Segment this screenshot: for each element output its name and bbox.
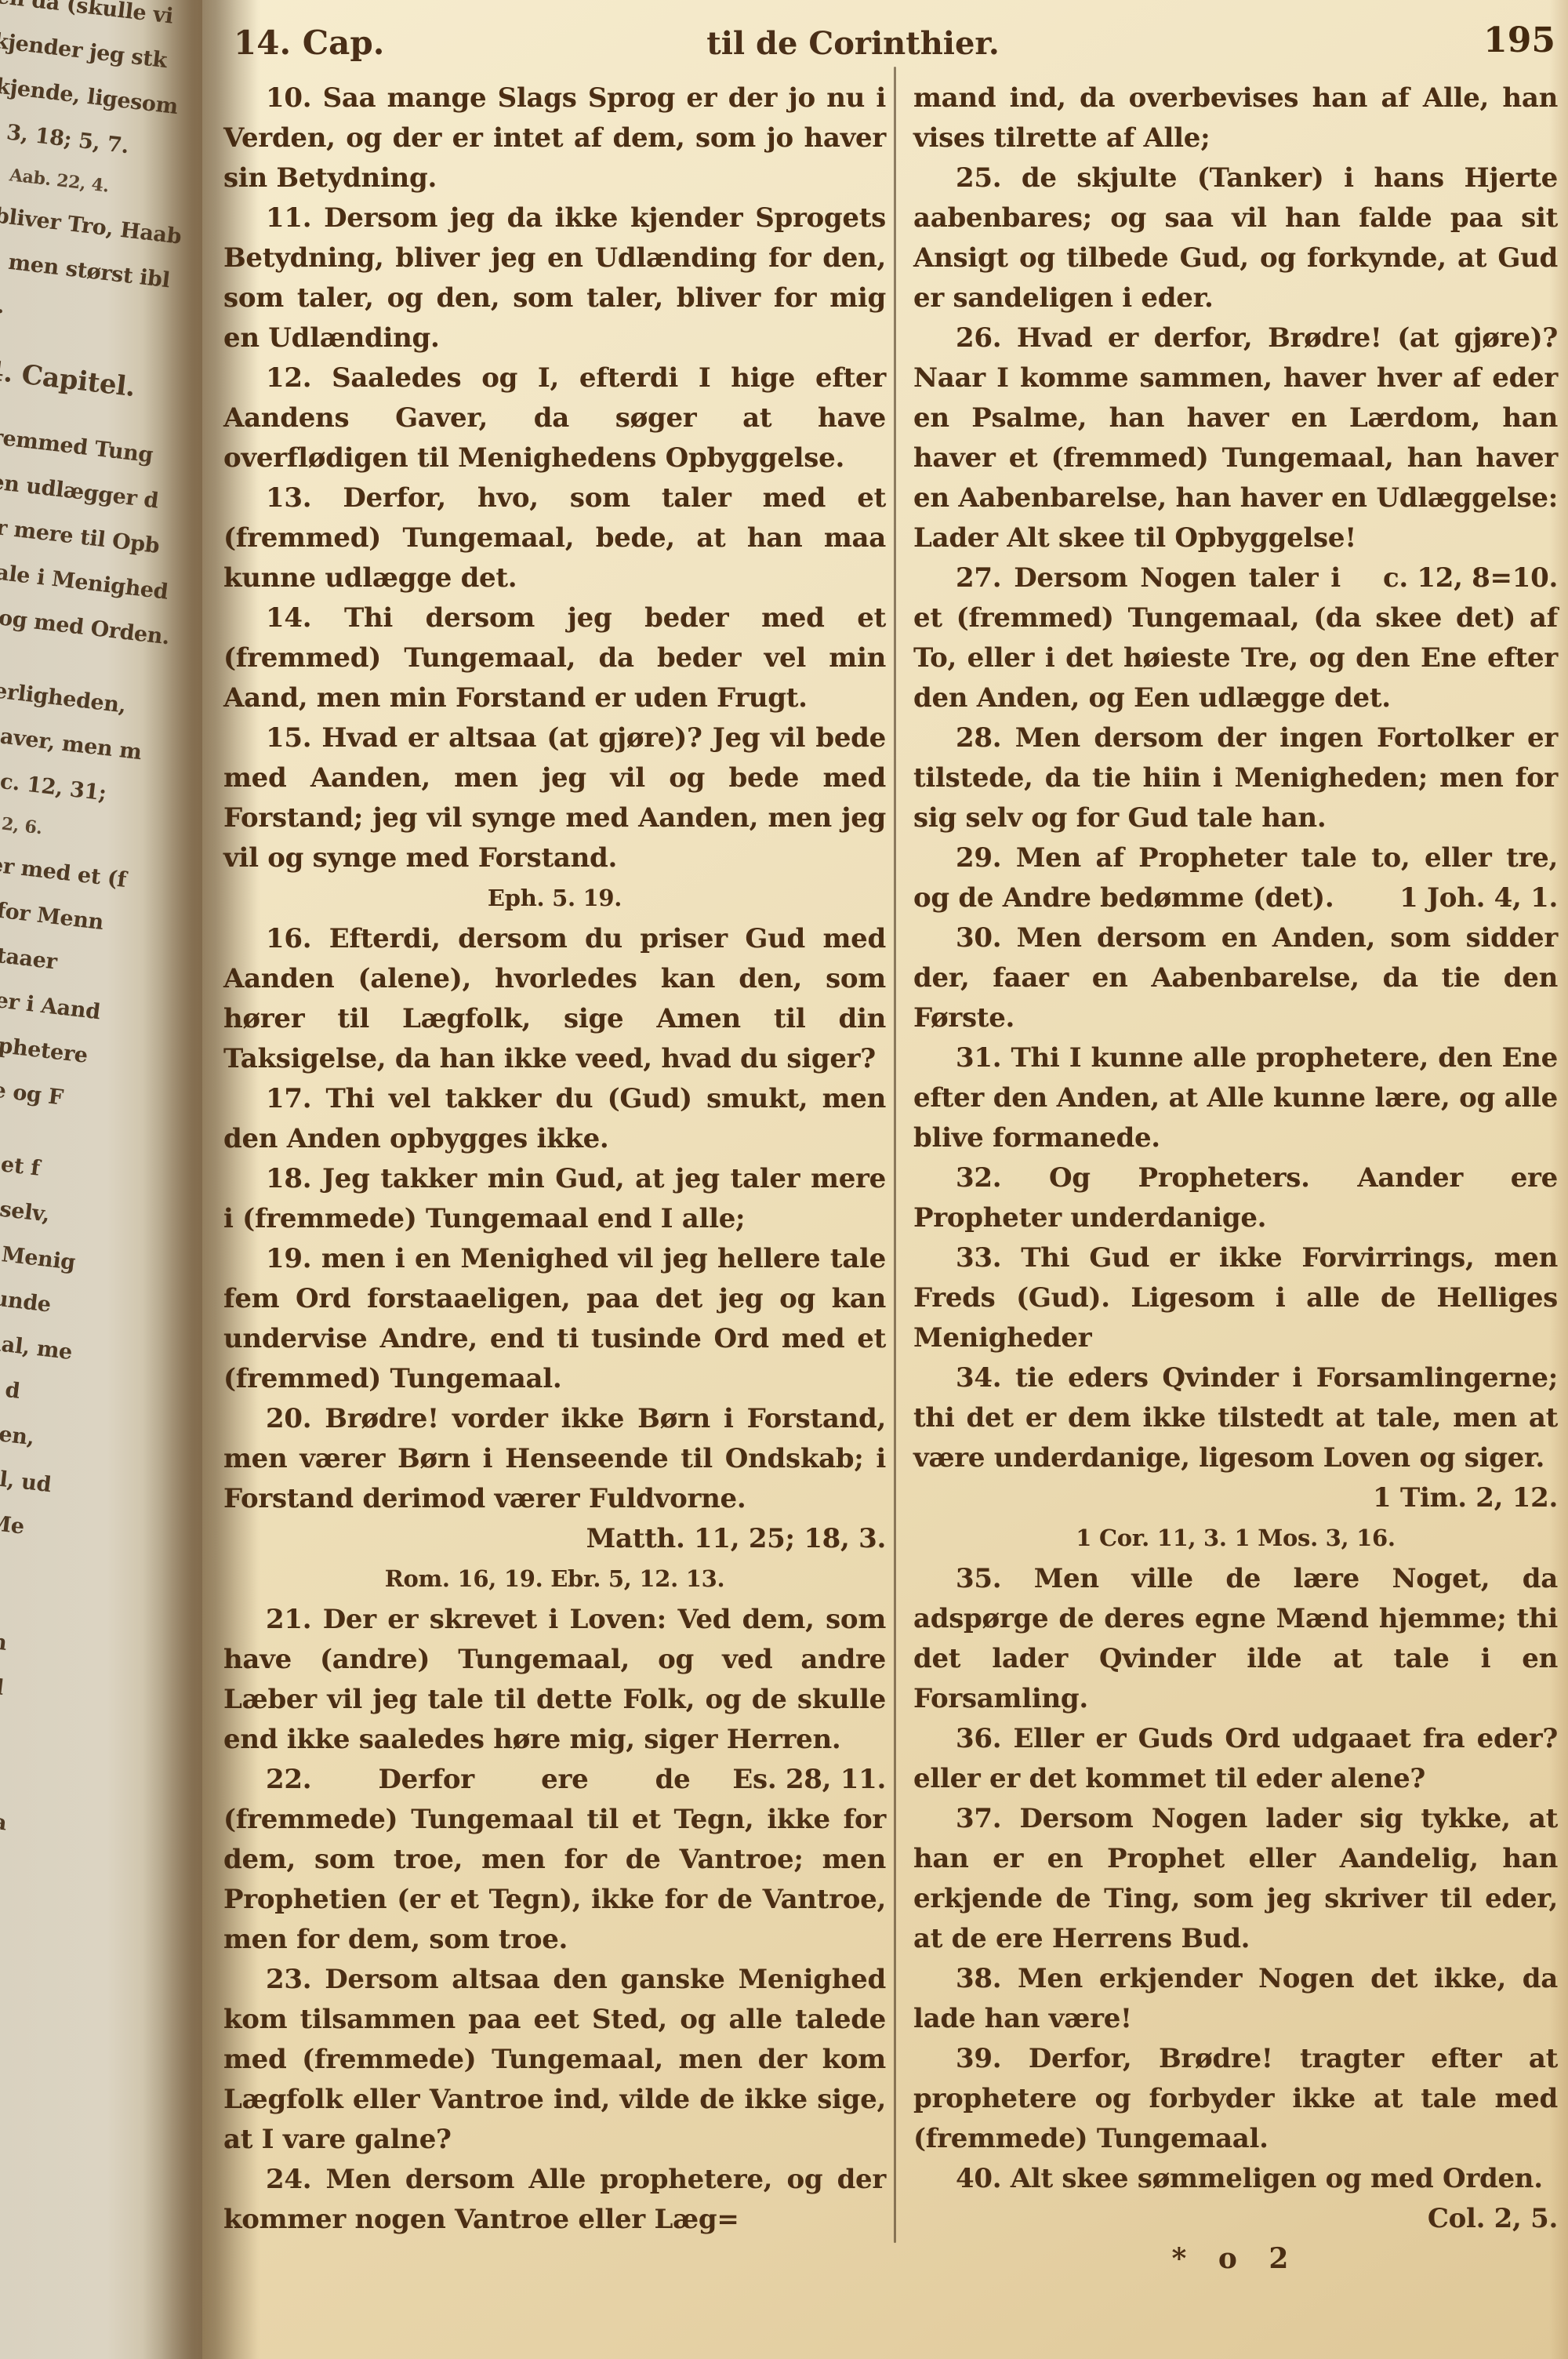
verse: 19. men i en Menighed vil jeg hellere ta… — [223, 1239, 886, 1399]
cross-reference-line: Eph. 5. 19. — [223, 878, 886, 918]
verse-number: 29. — [956, 842, 1016, 874]
verse-number: 13. — [266, 482, 343, 514]
verse: 14. Thi dersom jeg beder med et (fremmed… — [223, 598, 886, 718]
verse-number: 37. — [956, 1803, 1019, 1834]
cross-reference: Es. 28, 11. — [690, 1760, 886, 1800]
running-title: til de Corinthier. — [706, 25, 1000, 62]
verse: 16. Efterdi, dersom du priser Gud med Aa… — [223, 919, 886, 1079]
verse: 29. Men af Propheter tale to, eller tre,… — [913, 838, 1558, 918]
verse: mand ind, da overbevises han af Alle, ha… — [913, 78, 1558, 158]
verse-number: 27. — [956, 562, 1014, 594]
verse: 31. Thi I kunne alle prophetere, den Ene… — [913, 1038, 1558, 1158]
verse-number: 15. — [266, 722, 321, 754]
cross-reference: Col. 2, 5. — [1385, 2199, 1558, 2239]
signature-mark: * o 2 — [913, 2239, 1558, 2279]
book-photo: e, men da (skulle vi; nu kjender jeg stk… — [0, 0, 1568, 2359]
right-text-column: mand ind, da overbevises han af Alle, ha… — [913, 78, 1558, 2279]
verse: 24. Men dersom Alle prophetere, og der k… — [223, 2160, 886, 2240]
verse-number: 38. — [956, 1963, 1018, 1994]
verse: 20. Brødre! vorder ikke Børn i Forstand,… — [223, 1399, 886, 1519]
verse: 25. de skjulte (Tanker) i hans Hjerte aa… — [913, 158, 1558, 318]
verse: 36. Eller er Guds Ord udgaaet fra eder? … — [913, 1719, 1558, 1799]
verse-number: 11. — [266, 202, 324, 234]
verse: 34. tie eders Qvinder i Forsamlingerne; … — [913, 1358, 1558, 1478]
verse-number: 24. — [266, 2164, 326, 2195]
chapter-header: 14. Cap. — [234, 24, 384, 62]
verse-number: 35. — [956, 1563, 1034, 1594]
verse: 40. Alt skee sømmeligen og med Orden. Co… — [913, 2159, 1558, 2199]
cross-reference-line: 1 Cor. 11, 3. 1 Mos. 3, 16. — [913, 1518, 1558, 1558]
book-page: 14. Cap. til de Corinthier. 195 10. Saa … — [202, 0, 1568, 2359]
verse-number: 33. — [956, 1242, 1021, 1274]
verse-number: 18. — [266, 1163, 322, 1194]
verse: 33. Thi Gud er ikke Forvirrings, men Fre… — [913, 1238, 1558, 1358]
verse-number: 25. — [956, 162, 1022, 194]
verse: 18. Jeg takker min Gud, at jeg taler mer… — [223, 1159, 886, 1239]
verse: 12. Saaledes og I, efterdi I hige efter … — [223, 358, 886, 478]
verse: 21. Der er skrevet i Loven: Ved dem, som… — [223, 1600, 886, 1760]
verse-number: 17. — [266, 1083, 326, 1114]
verse: 28. Men dersom der ingen Fortolker er ti… — [913, 718, 1558, 838]
verse-number: 30. — [956, 922, 1017, 954]
verse-number: 26. — [956, 322, 1017, 354]
verse: 39. Derfor, Brødre! tragter efter at pro… — [913, 2039, 1558, 2159]
verse: 37. Dersom Nogen lader sig tykke, at han… — [913, 1799, 1558, 1959]
verse-number: 23. — [266, 1964, 325, 1995]
page-number: 195 — [1483, 20, 1555, 60]
verse: 15. Hvad er altsaa (at gjøre)? Jeg vil b… — [223, 718, 886, 878]
verse-number: 34. — [956, 1362, 1015, 1394]
verse: 23. Dersom altsaa den ganske Menighed ko… — [223, 1960, 886, 2160]
cross-reference: 1 Joh. 4, 1. — [1357, 878, 1558, 918]
verse: 30. Men dersom en Anden, som sidder der,… — [913, 918, 1558, 1038]
verse: 13. Derfor, hvo, som taler med et (fremm… — [223, 478, 886, 598]
verse: 10. Saa mange Slags Sprog er der jo nu i… — [223, 78, 886, 198]
verse-number: 19. — [266, 1243, 321, 1274]
verse: 32. Og Propheters. Aander ere Propheter … — [913, 1158, 1558, 1238]
verse-number: 21. — [266, 1604, 323, 1635]
verse-number: 20. — [266, 1403, 325, 1434]
facing-page-text: e, men da (skulle vi; nu kjender jeg stk… — [0, 0, 237, 2341]
cross-reference: 1 Tim. 2, 12. — [1330, 1478, 1558, 1518]
verse-number: 14. — [266, 602, 344, 634]
verse-number: 39. — [956, 2043, 1029, 2074]
verse: 35. Men ville de lære Noget, da adspørge… — [913, 1559, 1558, 1719]
verse-number: 31. — [956, 1042, 1011, 1074]
verse-number: 16. — [266, 923, 329, 954]
verse: 38. Men erkjender Nogen det ikke, da lad… — [913, 1959, 1558, 2039]
verse: 26. Hvad er derfor, Brødre! (at gjøre)? … — [913, 318, 1558, 558]
verse-number: 32. — [956, 1162, 1049, 1194]
verse-number: 10. — [266, 82, 323, 114]
cross-reference: Matth. 11, 25; 18, 3. — [544, 1519, 886, 1559]
left-text-column: 10. Saa mange Slags Sprog er der jo nu i… — [223, 78, 886, 2240]
facing-page-edge: e, men da (skulle vi; nu kjender jeg stk… — [0, 0, 237, 2359]
cross-reference: c. 12, 8=10. — [1341, 558, 1558, 598]
verse-number: 12. — [266, 362, 332, 394]
cross-reference-line: Rom. 16, 19. Ebr. 5, 12. 13. — [223, 1559, 886, 1598]
verse: 11. Dersom jeg da ikke kjender Sprogets … — [223, 198, 886, 358]
verse: 17. Thi vel takker du (Gud) smukt, men d… — [223, 1079, 886, 1159]
verse-number: 22. — [266, 1764, 378, 1795]
verse-number: 36. — [956, 1723, 1013, 1754]
facing-page-text-fragment: a nu, Brødre! dersom — [0, 1591, 86, 1674]
column-divider-rule — [894, 67, 896, 2243]
verse-number: 40. — [956, 2163, 1011, 2194]
verse-number: 28. — [956, 722, 1015, 754]
